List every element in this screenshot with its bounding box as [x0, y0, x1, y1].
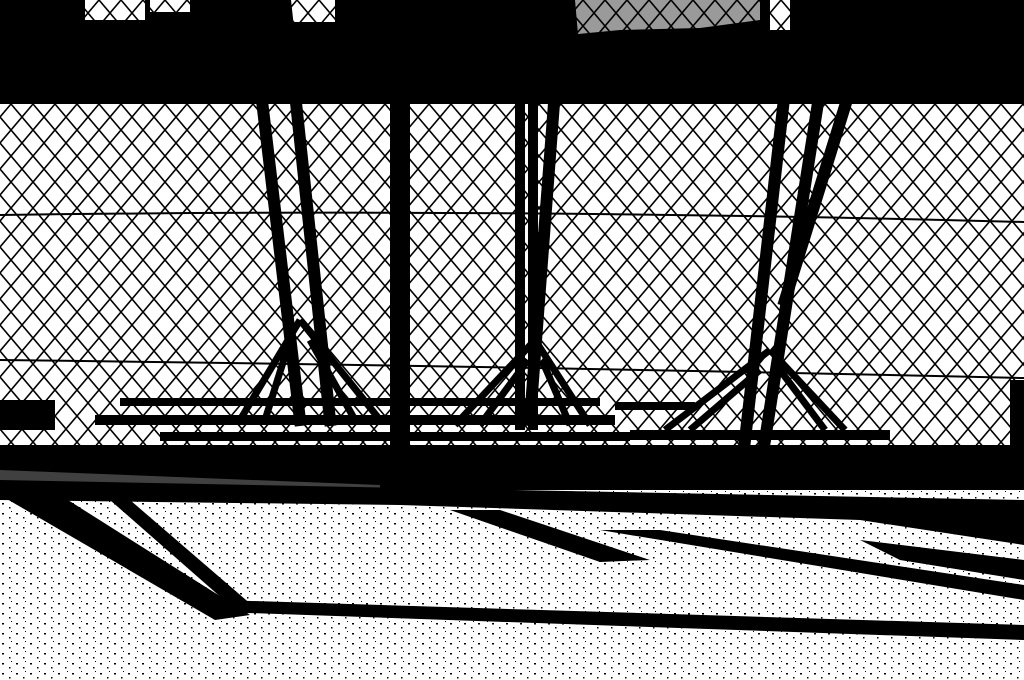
- ground: [0, 480, 1024, 680]
- fence-photo: [0, 0, 1024, 680]
